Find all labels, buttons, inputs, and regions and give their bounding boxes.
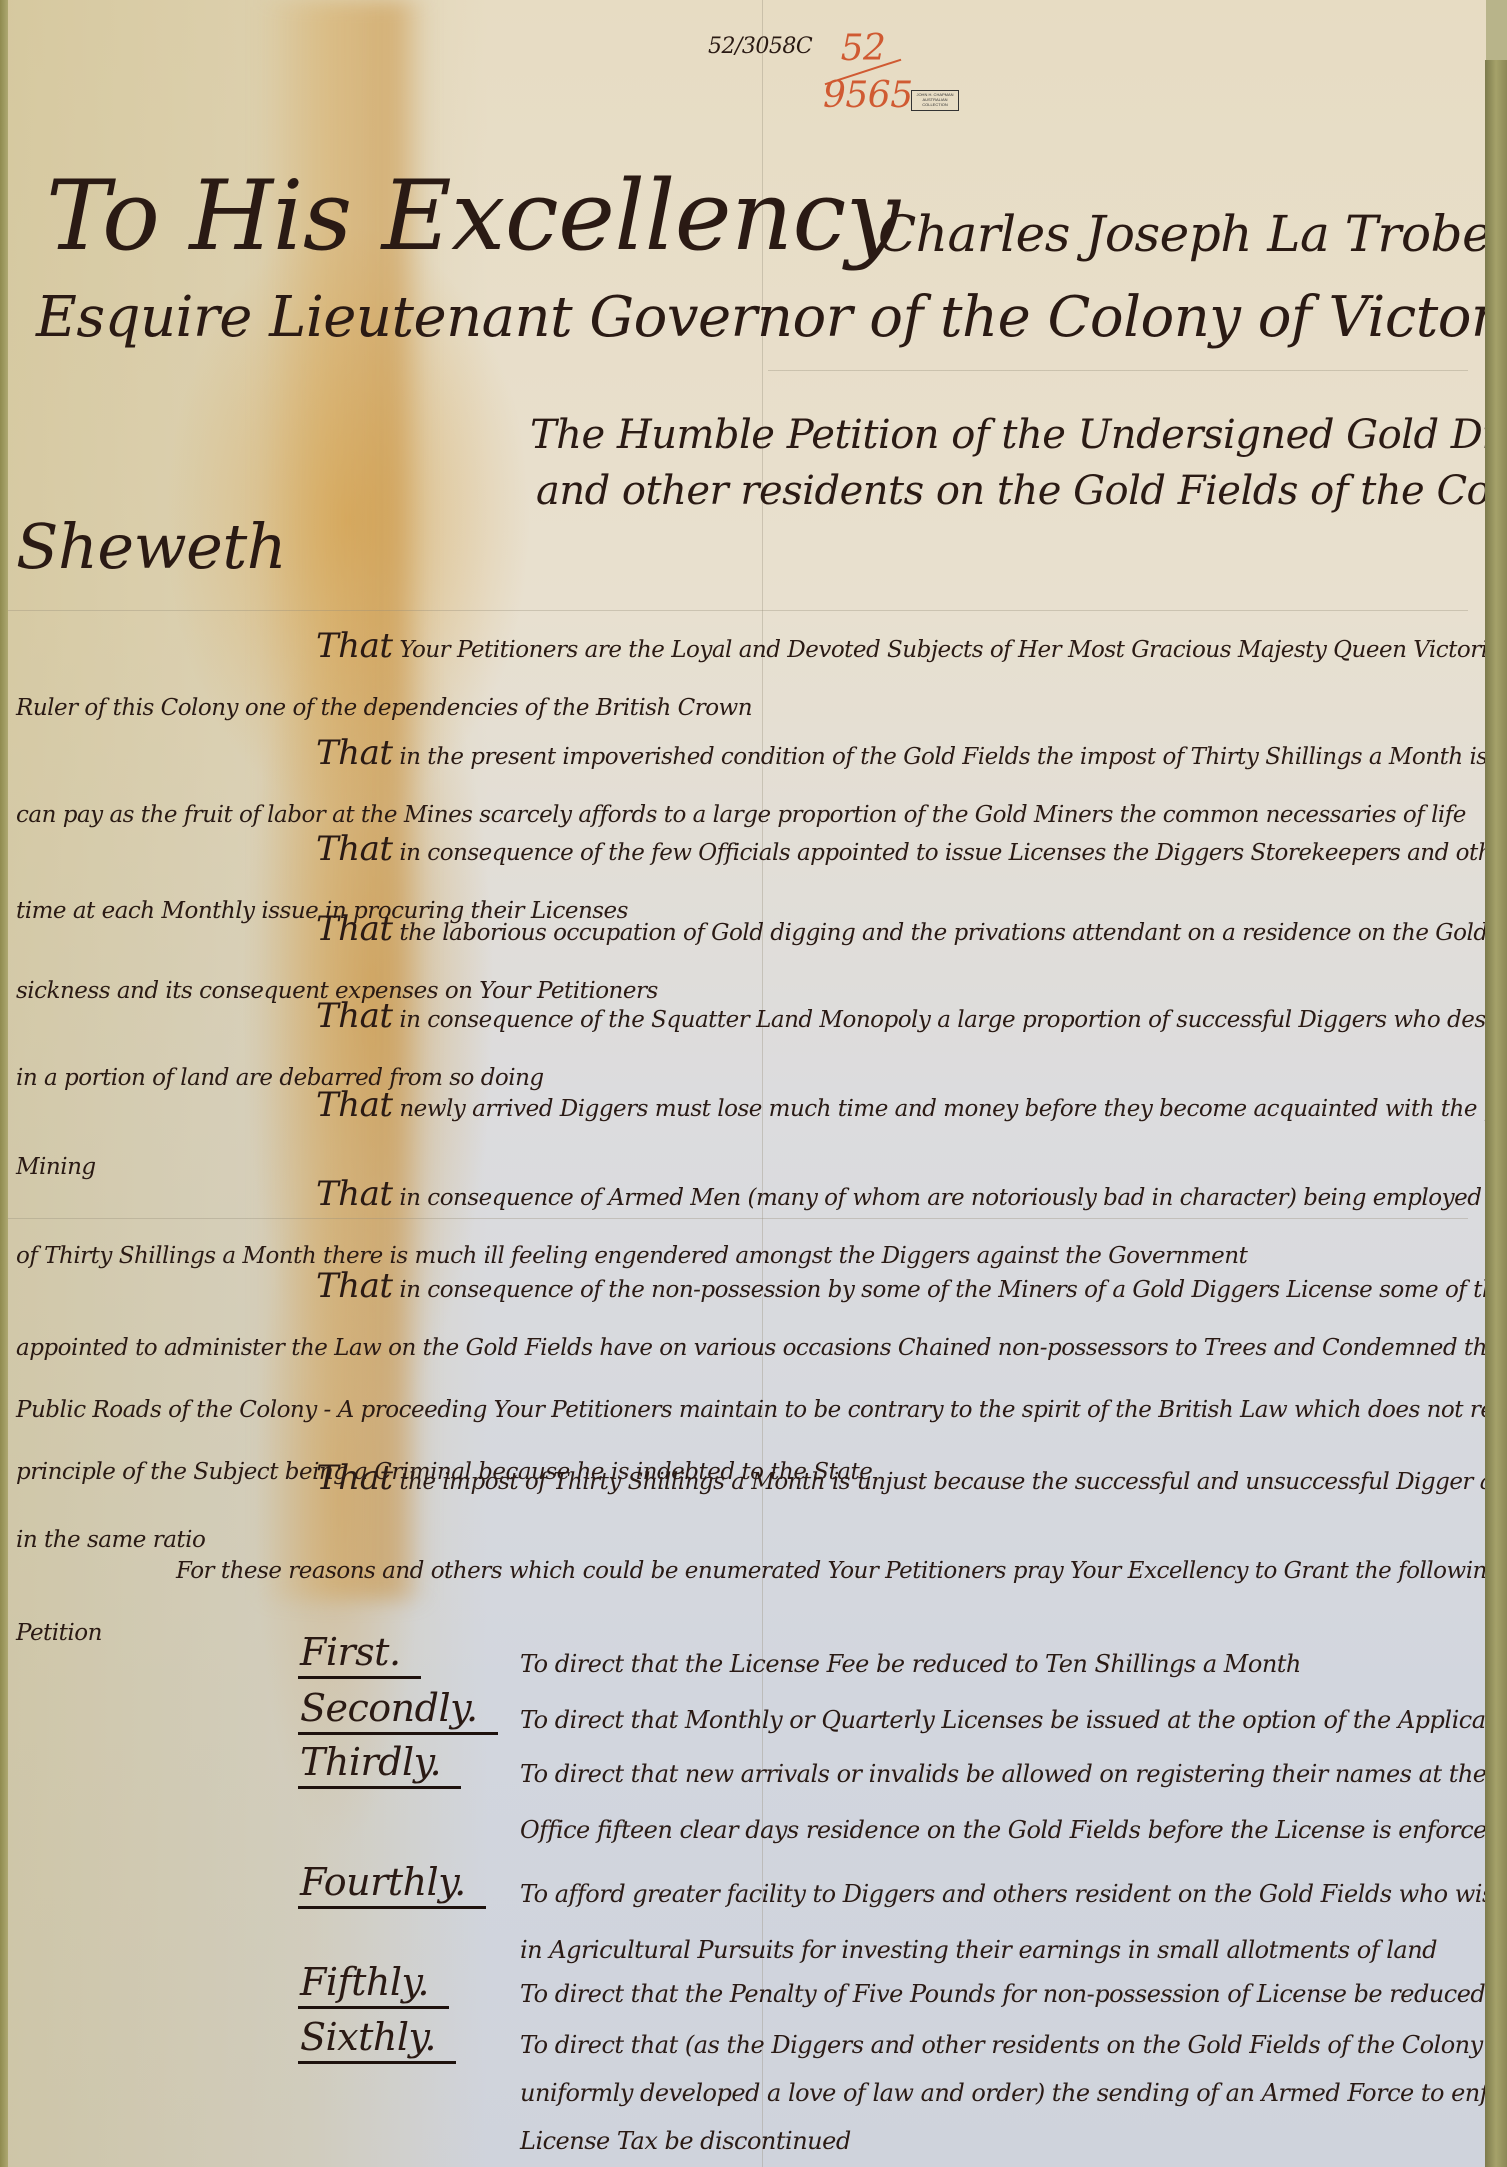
paragraph-text: in consequence of the few Officials appo… <box>399 840 1507 866</box>
paragraph-lead: That <box>316 626 393 666</box>
request-text: To afford greater facility to Diggers an… <box>520 1866 1507 1978</box>
subtitle-line1: The Humble Petition of the Undersigned G… <box>530 412 1507 458</box>
paragraph-lead: That <box>316 1085 393 1125</box>
request-label: Secondly. <box>298 1686 498 1735</box>
paragraph-text: the laborious occupation of Gold digging… <box>399 920 1507 946</box>
paragraph-text: newly arrived Diggers must lose much tim… <box>399 1096 1507 1122</box>
request-line: License Tax be discontinued <box>520 2117 1507 2165</box>
paragraph-line: Public Roads of the Colony - A proceedin… <box>16 1379 1466 1441</box>
request-label: Fifthly. <box>298 1960 449 2009</box>
paragraph: That Your Petitioners are the Loyal and … <box>16 615 1466 739</box>
sheweth-heading: Sheweth <box>16 510 286 583</box>
paragraph-line: appointed to administer the Law on the G… <box>16 1317 1466 1379</box>
collection-stamp: JOHN H. CHAPMAN AUSTRALIAN COLLECTION <box>911 90 959 111</box>
petition-sheet: 52/3058C 52 9565 JOHN H. CHAPMAN AUSTRAL… <box>8 0 1486 2167</box>
paragraph-line: That newly arrived Diggers must lose muc… <box>16 1074 1466 1136</box>
paragraph-text: in consequence of Armed Men (many of who… <box>399 1185 1507 1211</box>
paragraph-text: in consequence of the non-possession by … <box>399 1277 1507 1303</box>
request-line: To afford greater facility to Diggers an… <box>520 1866 1507 1922</box>
stamp-line: COLLECTION <box>912 102 958 107</box>
request-line: uniformly developed a love of law and or… <box>520 2069 1507 2117</box>
request-text: To direct that the License Fee be reduce… <box>520 1636 1301 1692</box>
fold-line-horizontal <box>768 370 1468 371</box>
paragraph-text: Your Petitioners are the Loyal and Devot… <box>399 637 1507 663</box>
request-label: Sixthly. <box>298 2015 456 2064</box>
fold-line-horizontal <box>8 610 1468 611</box>
request-label: First. <box>298 1630 421 1679</box>
request-line: To direct that new arrivals or invalids … <box>520 1746 1507 1802</box>
paragraph-text: in the present impoverished condition of… <box>399 744 1507 770</box>
paragraph-lead: That <box>316 909 393 949</box>
request-line: To direct that Monthly or Quarterly Lice… <box>520 1692 1507 1748</box>
paragraph-lead: That <box>316 1174 393 1214</box>
paragraph-line: That in the present impoverished conditi… <box>16 722 1466 784</box>
paragraph-line: That in consequence of the few Officials… <box>16 818 1466 880</box>
paragraph-line: That in consequence of Armed Men (many o… <box>16 1163 1466 1225</box>
paragraph-lead: That <box>316 1266 393 1306</box>
paragraph-line: That in consequence of the Squatter Land… <box>16 985 1466 1047</box>
paragraph-lead: That <box>316 733 393 773</box>
paragraph-line: That Your Petitioners are the Loyal and … <box>16 615 1466 677</box>
archive-number: 52/3058C <box>708 34 812 59</box>
paragraph-line: That the impost of Thirty Shillings a Mo… <box>16 1447 1466 1509</box>
paragraph-lead: That <box>316 829 393 869</box>
paragraph-line: That the laborious occupation of Gold di… <box>16 898 1466 960</box>
paragraph-lead: That <box>316 996 393 1036</box>
heading-line2: Esquire Lieutenant Governor of the Colon… <box>36 285 1507 350</box>
red-pencil-annotation: 52 9565 <box>823 28 903 116</box>
request-text: To direct that (as the Diggers and other… <box>520 2021 1507 2165</box>
request-text: To direct that Monthly or Quarterly Lice… <box>520 1692 1507 1748</box>
paragraph-line: That in consequence of the non-possessio… <box>16 1255 1466 1317</box>
mount-edge-right <box>1485 60 1507 2167</box>
request-line: To direct that the License Fee be reduce… <box>520 1636 1301 1692</box>
request-text: To direct that new arrivals or invalids … <box>520 1746 1507 1858</box>
subtitle-line2: and other residents on the Gold Fields o… <box>536 468 1507 514</box>
request-line: To direct that (as the Diggers and other… <box>520 2021 1507 2069</box>
request-line: Office fifteen clear days residence on t… <box>520 1802 1507 1858</box>
request-label: Thirdly. <box>298 1740 461 1789</box>
heading-title: To His Excellency <box>46 160 899 272</box>
request-text: To direct that the Penalty of Five Pound… <box>520 1966 1507 2022</box>
request-label: Fourthly. <box>298 1860 486 1909</box>
paragraph-text: in consequence of the Squatter Land Mono… <box>399 1007 1507 1033</box>
heading-name: Charles Joseph La Trobe <box>878 205 1491 263</box>
paragraph-text: the impost of Thirty Shillings a Month i… <box>399 1469 1507 1495</box>
request-line: To direct that the Penalty of Five Pound… <box>520 1966 1507 2022</box>
prayer-line: For these reasons and others which could… <box>16 1540 1466 1602</box>
paragraph-lead: That <box>316 1458 393 1498</box>
